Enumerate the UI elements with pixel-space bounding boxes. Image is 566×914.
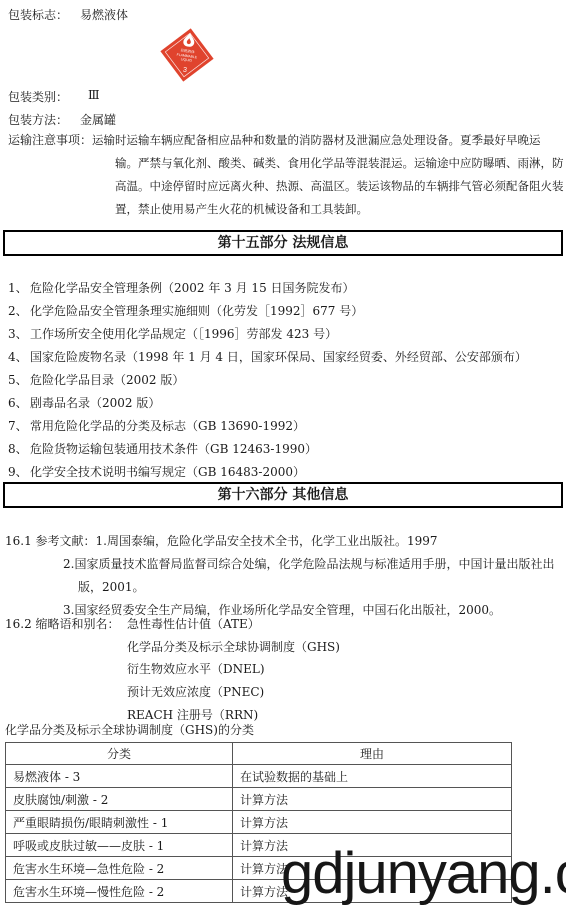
table-cell-classification: 呼吸或皮肤过敏——皮肤 - 1 — [6, 834, 233, 857]
ghs-classification-intro: 化学品分类及标示全球协调制度（GHS)的分类 — [5, 719, 254, 742]
list-item-text: 常用危险化学品的分类及标志（GB 13690-1992） — [30, 415, 305, 438]
abbreviation-item: 预计无效应浓度（PNEC) — [127, 681, 340, 704]
table-cell-classification: 危害水生环境—慢性危险 - 2 — [6, 880, 233, 903]
regulation-item: 2、 化学危险品安全管理条理实施细则（化劳发［1992］677 号） — [0, 300, 566, 323]
table-cell-classification: 严重眼睛损伤/眼睛刺激性 - 1 — [6, 811, 233, 834]
regulation-item: 5、 危险化学品目录（2002 版） — [0, 369, 566, 392]
table-cell-reason: 在试验数据的基础上 — [233, 765, 512, 788]
abbreviation-item: 衍生物效应水平（DNEL) — [127, 658, 340, 681]
section-15-header: 第十五部分 法规信息 — [3, 230, 563, 256]
table-header-cell-classification: 分类 — [6, 743, 233, 765]
reference-entry-continuation: 版，2001。 — [78, 576, 145, 599]
regulation-item: 7、 常用危险化学品的分类及标志（GB 13690-1992） — [0, 415, 566, 438]
msds-document-page: 包装标志： 易燃液体 易燃液体 FLAMMABLE LIQUID 3 包装类别：… — [0, 0, 566, 914]
list-item-number: 4、 — [8, 346, 28, 369]
transport-line: 运输时运输车辆应配备相应品种和数量的消防器材及泄漏应急处理设备。夏季最好早晚运 — [92, 129, 541, 152]
regulation-item: 3、 工作场所安全使用化学品规定（［1996］劳部发 423 号） — [0, 323, 566, 346]
table-header-cell-reason: 理由 — [233, 743, 512, 765]
transport-line: 高温。中途停留时应远离火种、热源、高温区。装运该物品的车辆排气管必须配备阻火装 — [115, 175, 564, 198]
packaging-mark-label: 包装标志： — [8, 6, 68, 23]
section-16-header: 第十六部分 其他信息 — [3, 482, 563, 508]
list-item-number: 7、 — [8, 415, 28, 438]
list-item-number: 1、 — [8, 277, 28, 300]
packaging-category-value: Ⅲ — [88, 88, 100, 102]
abbreviations-label: 16.2 缩略语和别名： — [5, 613, 120, 636]
transport-line: 置，禁止使用易产生火花的机械设备和工具装卸。 — [115, 198, 564, 221]
packaging-method-label: 包装方法： — [8, 111, 68, 128]
hazard-diamond-graphic: 易燃液体 FLAMMABLE LIQUID 3 — [155, 24, 219, 88]
list-item-text: 国家危险废物名录（1998 年 1 月 4 日，国家环保局、国家经贸委、外经贸部… — [30, 346, 527, 369]
regulation-item: 9、 化学安全技术说明书编写规定（GB 16483-2000） — [0, 461, 566, 484]
table-cell-classification: 易燃液体 - 3 — [6, 765, 233, 788]
list-item-text: 危险化学品目录（2002 版） — [30, 369, 184, 392]
regulation-item: 6、 剧毒品名录（2002 版） — [0, 392, 566, 415]
transport-notes-label: 运输注意事项： — [8, 129, 92, 152]
section-15-title: 第十五部分 法规信息 — [218, 235, 349, 251]
reference-entry: 2.国家质量技术监督局监督司综合处编，化学危险品法规与标准适用手册，中国计量出版… — [63, 553, 554, 576]
table-cell-reason: 计算方法 — [233, 788, 512, 811]
list-item-text: 化学危险品安全管理条理实施细则（化劳发［1992］677 号） — [30, 300, 363, 323]
list-item-text: 剧毒品名录（2002 版） — [30, 392, 160, 415]
regulation-item: 4、 国家危险废物名录（1998 年 1 月 4 日，国家环保局、国家经贸委、外… — [0, 346, 566, 369]
watermark-text: gdjunyang.c — [281, 845, 566, 903]
packaging-method-value: 金属罐 — [80, 111, 116, 128]
list-item-number: 6、 — [8, 392, 28, 415]
table-row: 严重眼睛损伤/眼睛刺激性 - 1 计算方法 — [6, 811, 512, 834]
flammable-liquid-hazard-label: 易燃液体 FLAMMABLE LIQUID 3 — [155, 24, 219, 88]
regulation-item: 8、 危险货物运输包装通用技术条件（GB 12463-1990） — [0, 438, 566, 461]
abbreviation-item: 急性毒性估计值（ATE） — [127, 613, 340, 636]
packaging-method-row: 包装方法： 金属罐 — [0, 111, 566, 129]
transport-continuation: 输。严禁与氧化剂、酸类、碱类、食用化学品等混装混运。运输途中应防曝晒、雨淋，防 … — [115, 152, 564, 221]
regulation-item: 1、 危险化学品安全管理条例（2002 年 3 月 15 日国务院发布） — [0, 277, 566, 300]
references-first-line: 16.1 参考文献：1.周国泰编，危险化学品安全技术全书，化学工业出版社。199… — [5, 530, 438, 553]
table-cell-classification: 危害水生环境—急性危险 - 2 — [6, 857, 233, 880]
table-row: 皮肤腐蚀/刺激 - 2 计算方法 — [6, 788, 512, 811]
table-row: 易燃液体 - 3 在试验数据的基础上 — [6, 765, 512, 788]
regulation-list: 1、 危险化学品安全管理条例（2002 年 3 月 15 日国务院发布） 2、 … — [0, 277, 566, 484]
list-item-text: 化学安全技术说明书编写规定（GB 16483-2000） — [30, 461, 305, 484]
list-item-text: 工作场所安全使用化学品规定（［1996］劳部发 423 号） — [30, 323, 337, 346]
abbreviations-list: 急性毒性估计值（ATE） 化学品分类及标示全球协调制度（GHS) 衍生物效应水平… — [127, 613, 340, 726]
abbreviation-item: 化学品分类及标示全球协调制度（GHS) — [127, 636, 340, 659]
packaging-category-row: 包装类别： Ⅲ — [0, 88, 566, 106]
list-item-number: 5、 — [8, 369, 28, 392]
table-cell-reason: 计算方法 — [233, 811, 512, 834]
list-item-text: 危险化学品安全管理条例（2002 年 3 月 15 日国务院发布） — [30, 277, 355, 300]
packaging-category-label: 包装类别： — [8, 88, 68, 105]
table-cell-classification: 皮肤腐蚀/刺激 - 2 — [6, 788, 233, 811]
list-item-number: 9、 — [8, 461, 28, 484]
references-label: 16.1 参考文献： — [5, 534, 96, 548]
list-item-number: 8、 — [8, 438, 28, 461]
table-header-row: 分类 理由 — [6, 743, 512, 765]
packaging-mark-row: 包装标志： 易燃液体 — [0, 6, 566, 24]
transport-line: 输。严禁与氧化剂、酸类、碱类、食用化学品等混装混运。运输途中应防曝晒、雨淋，防 — [115, 152, 564, 175]
list-item-number: 2、 — [8, 300, 28, 323]
list-item-text: 危险货物运输包装通用技术条件（GB 12463-1990） — [30, 438, 317, 461]
section-16-title: 第十六部分 其他信息 — [218, 487, 349, 503]
packaging-mark-value: 易燃液体 — [80, 6, 128, 23]
list-item-number: 3、 — [8, 323, 28, 346]
reference-entry: 1.周国泰编，危险化学品安全技术全书，化学工业出版社。1997 — [96, 534, 438, 548]
